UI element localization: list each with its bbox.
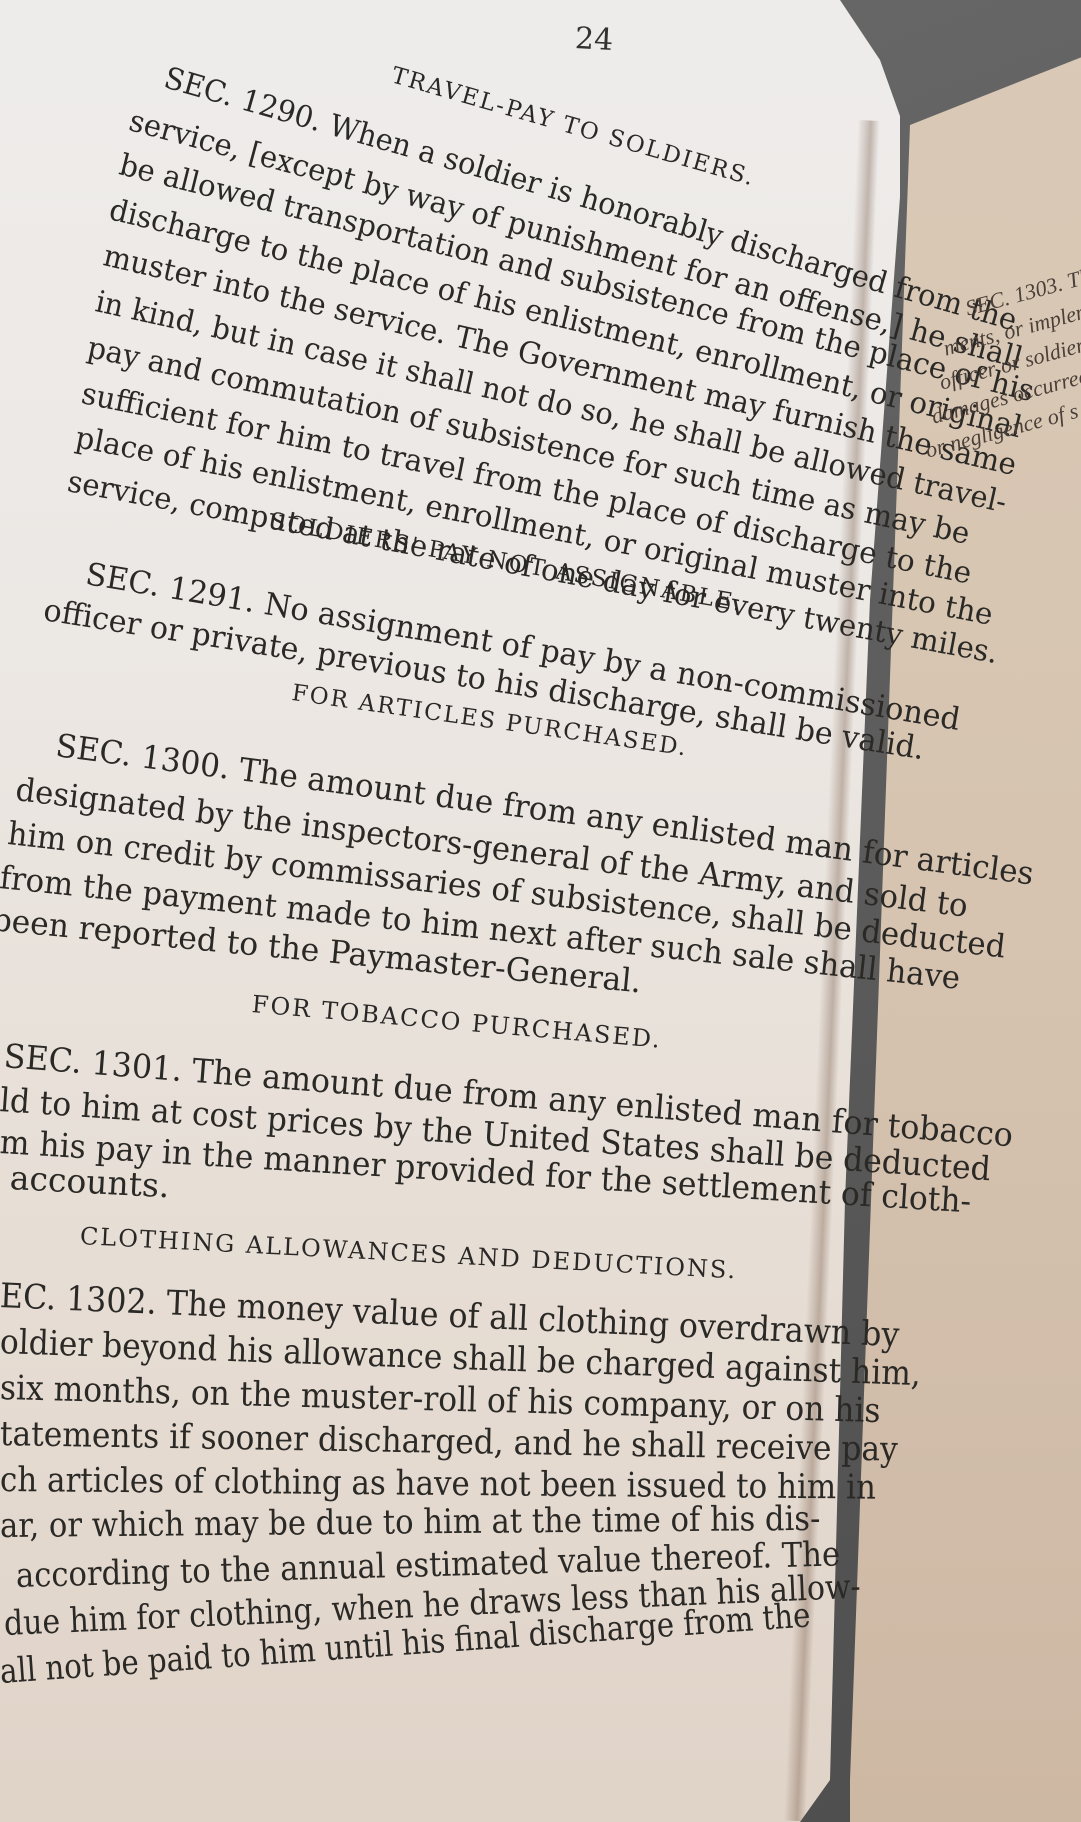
page-number: 24 [574,21,614,58]
text-line: accounts. [9,1158,171,1205]
